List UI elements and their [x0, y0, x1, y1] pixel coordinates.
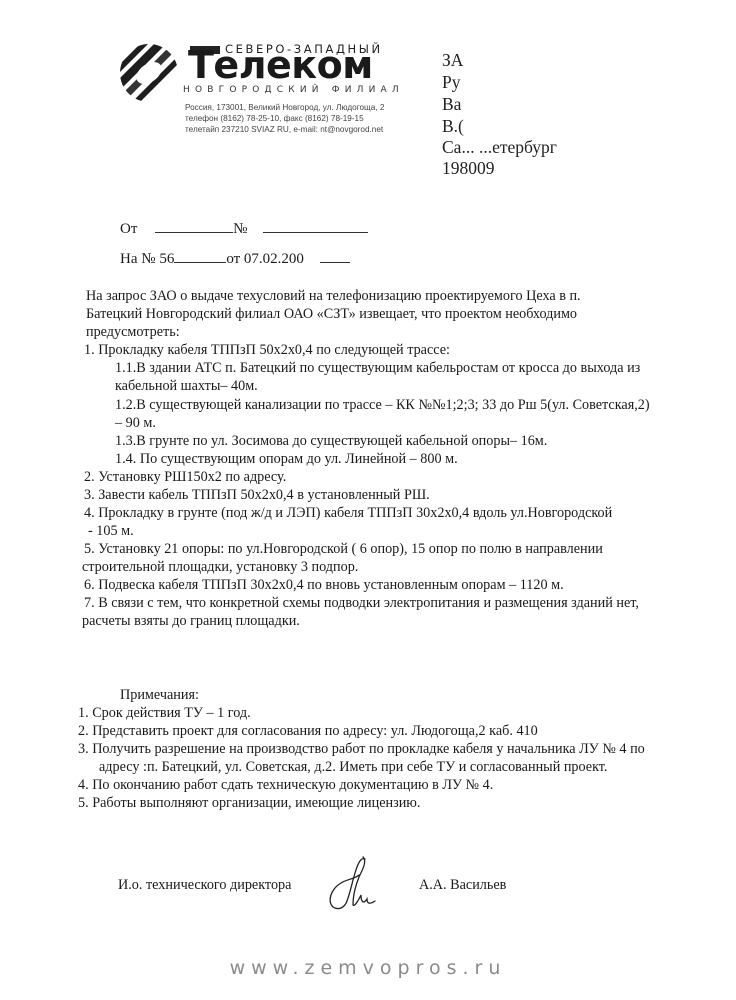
recipient-line: ЗА	[442, 50, 463, 71]
intro-text: Батецкий Новгородский филиал ОАО «СЗТ» и…	[86, 307, 577, 323]
striped-globe-icon	[118, 42, 180, 104]
list-item: 7. В связи с тем, что конкретной схемы п…	[84, 596, 639, 612]
list-item-cont: - 105 м.	[88, 524, 134, 540]
notes-title: Примечания:	[120, 688, 199, 704]
note-item-cont: адресу :п. Батецкий, ул. Советская, д.2.…	[99, 760, 607, 776]
sub-item: 1.1.В здании АТС п. Батецкий по существу…	[115, 361, 640, 377]
sub-item: – 90 м.	[115, 416, 156, 432]
handwritten-signature	[325, 855, 381, 915]
address-line: Россия, 173001, Великий Новгород, ул. Лю…	[185, 103, 384, 112]
recipient-line: Ру	[442, 72, 460, 93]
sub-item: 1.2.В существующей канализации по трассе…	[115, 398, 650, 414]
watermark-url: www.zemvopros.ru	[0, 957, 736, 979]
recipient-postcode: 198009	[442, 158, 495, 179]
recipient-line: Ва	[442, 94, 461, 115]
sub-item: 1.3.В грунте по ул. Зосимова до существу…	[115, 434, 547, 450]
note-item: 1. Срок действия ТУ – 1 год.	[78, 706, 251, 722]
branch-name: НОВГОРОДСКИЙ ФИЛИАЛ	[183, 85, 404, 95]
list-item: 3. Завести кабель ТППзП 50х2х0,4 в устан…	[84, 488, 430, 504]
signatory-name: А.А. Васильев	[419, 878, 506, 894]
outgoing-ref: От №	[120, 220, 368, 238]
sub-item: 1.4. По существующим опорам до ул. Линей…	[115, 452, 458, 468]
list-item-cont: расчеты взяты до границ площадки.	[82, 614, 300, 630]
note-item: 4. По окончанию работ сдать техническую …	[78, 778, 493, 794]
telex-line: телетайп 237210 SVIAZ RU, e-mail: nt@nov…	[185, 125, 383, 134]
list-item: 4. Прокладку в грунте (под ж/д и ЛЭП) ка…	[84, 506, 612, 522]
intro-text: предусмотреть:	[86, 325, 180, 341]
note-item: 5. Работы выполняют организации, имеющие…	[78, 796, 420, 812]
list-item: 5. Установку 21 опоры: по ул.Новгородско…	[84, 542, 603, 558]
list-item: 2. Установку РШ150х2 по адресу.	[84, 470, 286, 486]
company-name: Телеком	[188, 46, 373, 84]
note-item: 2. Представить проект для согласования п…	[78, 724, 538, 740]
recipient-line: В.(	[442, 116, 464, 137]
intro-text: На запрос ЗАО о выдаче техусловий на тел…	[86, 289, 581, 305]
list-item-cont: строительной площадки, установку 3 подпо…	[82, 560, 358, 576]
phone-line: телефон (8162) 78-25-10, факс (8162) 78-…	[185, 114, 364, 123]
list-item: 1. Прокладку кабеля ТППзП 50х2х0,4 по сл…	[84, 343, 450, 359]
list-item: 6. Подвеска кабеля ТППзП 30х2х0,4 по вно…	[84, 578, 564, 594]
recipient-line: Са... ...етербург	[442, 137, 557, 158]
sub-item: кабельной шахты– 40м.	[115, 379, 258, 395]
note-item: 3. Получить разрешение на производство р…	[78, 742, 645, 758]
incoming-ref: На № 56от 07.02.200	[120, 250, 350, 268]
signatory-position: И.о. технического директора	[118, 878, 291, 894]
